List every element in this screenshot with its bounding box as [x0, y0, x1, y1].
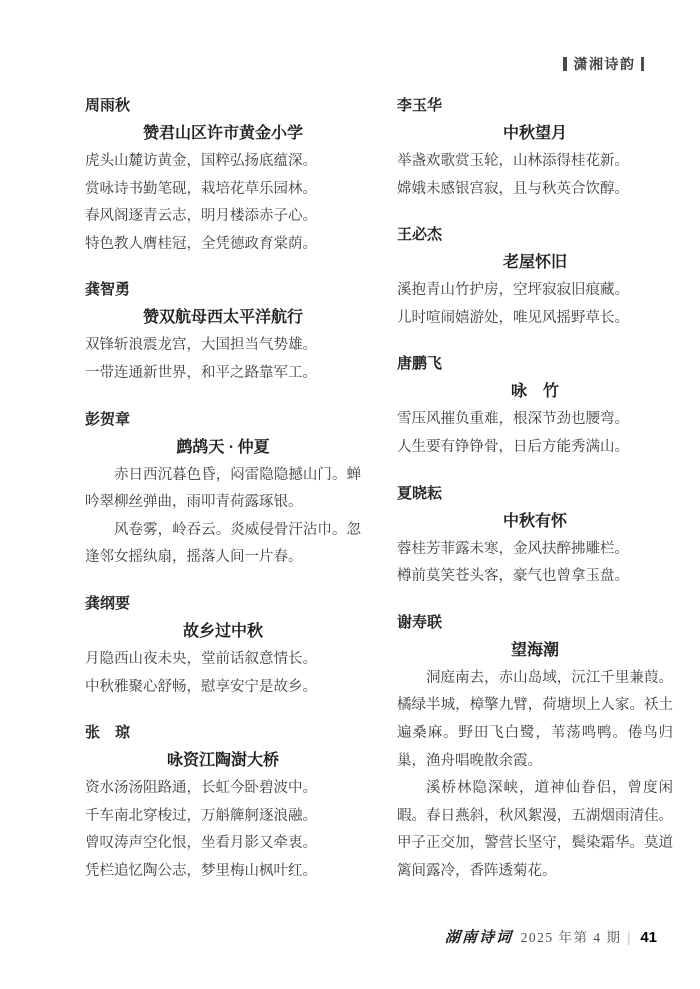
poem-line: 儿时喧闹嬉游处，唯见风摇野草长。 — [397, 305, 673, 333]
footer-divider: | — [628, 931, 631, 947]
poem-title: 中秋有怀 — [397, 508, 673, 536]
poem-section: 唐鹏飞咏 竹雪压风摧负重难，根深节劲也腰弯。人生要有铮铮骨，日后方能秀满山。 — [397, 350, 673, 461]
poem-line: 雪压风摧负重难，根深节劲也腰弯。 — [397, 406, 673, 434]
poem-author: 王必杰 — [397, 221, 673, 249]
page-header: 潇湘诗韵 — [563, 54, 644, 74]
poem-author: 周雨秋 — [85, 92, 361, 120]
poem-section: 谢寿联望海潮洞庭南去，赤山岛域，沅江千里兼葭。橘绿半城，樟擎九臂，荷塘坝上人家。… — [397, 609, 673, 886]
poem-line: 千车南北穿梭过，万斛簰舸逐浪融。 — [85, 803, 361, 831]
poem-line: 人生要有铮铮骨，日后方能秀满山。 — [397, 434, 673, 462]
poem-line: 凭栏追忆陶公志，梦里梅山枫叶红。 — [85, 858, 361, 886]
poem-title: 故乡过中秋 — [85, 618, 361, 646]
issue-label: 2025 年第 4 期 — [521, 926, 622, 946]
poem-column-left: 周雨秋赞君山区许市黄金小学虎头山麓访黄金，国粹弘扬底蕴深。赏咏诗书勤笔砚，栽培花… — [85, 92, 361, 904]
poem-title: 老屋怀旧 — [397, 249, 673, 277]
poem-section: 夏晓耘中秋有怀蓉桂芳菲露未寒，金风扶醉拂雕栏。樽前莫笑苍头客，豪气也曾拿玉盘。 — [397, 480, 673, 591]
poem-author: 龚智勇 — [85, 276, 361, 304]
poem-title: 咏 竹 — [397, 378, 673, 406]
poem-line: 溪抱青山竹护房，空坪寂寂旧痕藏。 — [397, 277, 673, 305]
poem-author: 谢寿联 — [397, 609, 673, 637]
poem-paragraph: 赤日西沉暮色昏，闷雷隐隐撼山门。蝉吟翠柳丝弹曲，雨叩青荷露琢银。 — [85, 462, 361, 517]
poem-line: 举盏欢歌赏玉轮，山林添得桂花新。 — [397, 148, 673, 176]
poem-line: 春风阁逐青云志，明月楼添赤子心。 — [85, 203, 361, 231]
poem-title: 赞双航母西太平洋航行 — [85, 304, 361, 332]
poem-line: 一带连通新世界，和平之路靠军工。 — [85, 360, 361, 388]
poem-title: 鹧鸪天 · 仲夏 — [85, 434, 361, 462]
poem-line: 嫦娥未感银宫寂，且与秋英合饮醇。 — [397, 176, 673, 204]
page-number: 41 — [640, 929, 657, 946]
poem-title: 望海潮 — [397, 637, 673, 665]
poem-line: 资水汤汤阻路通，长虹今卧碧波中。 — [85, 775, 361, 803]
poem-line: 中秋雅聚心舒畅，慰享安宁是故乡。 — [85, 674, 361, 702]
page-footer: 湖南诗词 2025 年第 4 期 | 41 — [445, 926, 657, 947]
poem-paragraph: 风卷雾，岭吞云。炎威侵骨汗沾巾。忽逢邻女摇纨扇，摇落人间一片春。 — [85, 517, 361, 572]
journal-name: 湖南诗词 — [444, 926, 513, 947]
poem-author: 彭贺章 — [85, 406, 361, 434]
poem-line: 赏咏诗书勤笔砚，栽培花草乐园林。 — [85, 176, 361, 204]
poem-line: 特色教人膺桂冠，全凭德政育棠荫。 — [85, 231, 361, 259]
poem-line: 蓉桂芳菲露未寒，金风扶醉拂雕栏。 — [397, 536, 673, 564]
poem-section: 王必杰老屋怀旧溪抱青山竹护房，空坪寂寂旧痕藏。儿时喧闹嬉游处，唯见风摇野草长。 — [397, 221, 673, 332]
header-title: 潇湘诗韵 — [574, 54, 636, 74]
poem-line: 曾叹涛声空化恨，坐看月影又牵衷。 — [85, 830, 361, 858]
poems-content: 周雨秋赞君山区许市黄金小学虎头山麓访黄金，国粹弘扬底蕴深。赏咏诗书勤笔砚，栽培花… — [85, 92, 673, 904]
poem-section: 龚纲要故乡过中秋月隐西山夜未央，堂前话叙意情长。中秋雅聚心舒畅，慰享安宁是故乡。 — [85, 590, 361, 701]
poem-author: 李玉华 — [397, 92, 673, 120]
poem-title: 中秋望月 — [397, 120, 673, 148]
poem-title: 赞君山区许市黄金小学 — [85, 120, 361, 148]
poem-line: 双锋斩浪震龙宫，大国担当气势雄。 — [85, 332, 361, 360]
poem-section: 龚智勇赞双航母西太平洋航行双锋斩浪震龙宫，大国担当气势雄。一带连通新世界，和平之… — [85, 276, 361, 387]
poem-column-right: 李玉华中秋望月举盏欢歌赏玉轮，山林添得桂花新。嫦娥未感银宫寂，且与秋英合饮醇。王… — [397, 92, 673, 904]
poem-author: 夏晓耘 — [397, 480, 673, 508]
poem-section: 彭贺章鹧鸪天 · 仲夏赤日西沉暮色昏，闷雷隐隐撼山门。蝉吟翠柳丝弹曲，雨叩青荷露… — [85, 406, 361, 572]
poem-section: 周雨秋赞君山区许市黄金小学虎头山麓访黄金，国粹弘扬底蕴深。赏咏诗书勤笔砚，栽培花… — [85, 92, 361, 258]
journal-page: 潇湘诗韵 周雨秋赞君山区许市黄金小学虎头山麓访黄金，国粹弘扬底蕴深。赏咏诗书勤笔… — [0, 0, 700, 989]
poem-line: 虎头山麓访黄金，国粹弘扬底蕴深。 — [85, 148, 361, 176]
poem-line: 月隐西山夜未央，堂前话叙意情长。 — [85, 646, 361, 674]
poem-paragraph: 溪桥林隐深峡，道神仙眷侣，曾度闲暇。春日燕斜，秋风絮漫，五湖烟雨清佳。甲子正交加… — [397, 775, 673, 885]
poem-paragraph: 洞庭南去，赤山岛域，沅江千里兼葭。橘绿半城，樟擎九臂，荷塘坝上人家。袄土遍桑麻。… — [397, 665, 673, 775]
poem-author: 龚纲要 — [85, 590, 361, 618]
poem-author: 唐鹏飞 — [397, 350, 673, 378]
poem-title: 咏资江陶澍大桥 — [85, 747, 361, 775]
poem-section: 张 琼咏资江陶澍大桥资水汤汤阻路通，长虹今卧碧波中。千车南北穿梭过，万斛簰舸逐浪… — [85, 719, 361, 885]
poem-section: 李玉华中秋望月举盏欢歌赏玉轮，山林添得桂花新。嫦娥未感银宫寂，且与秋英合饮醇。 — [397, 92, 673, 203]
header-bar-right — [641, 57, 645, 71]
poem-author: 张 琼 — [85, 719, 361, 747]
header-bar-left — [563, 57, 567, 71]
poem-line: 樽前莫笑苍头客，豪气也曾拿玉盘。 — [397, 563, 673, 591]
